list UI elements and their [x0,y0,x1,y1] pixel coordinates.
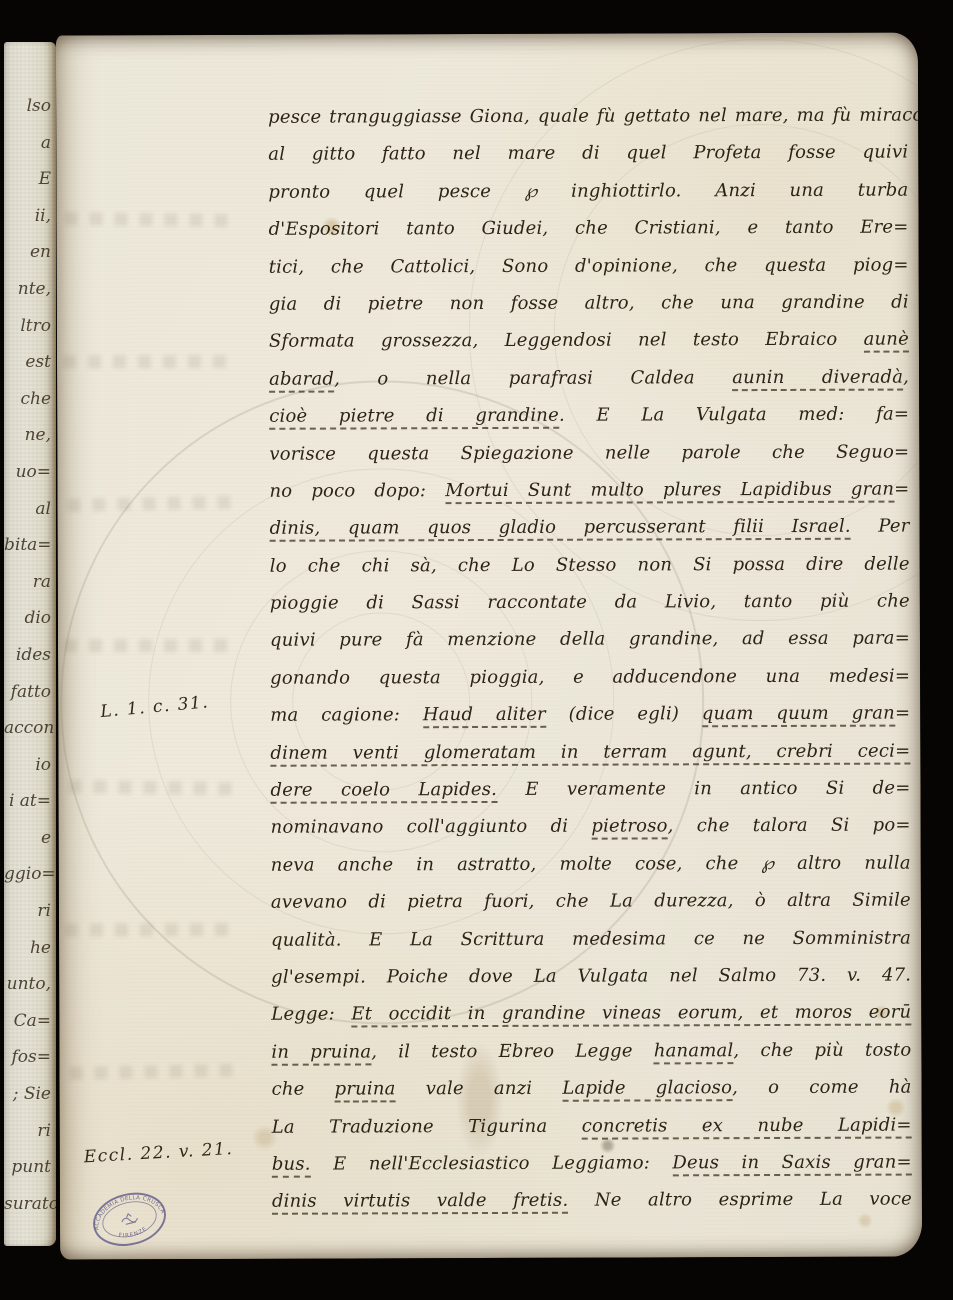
text-segment: = [894,478,909,499]
manuscript-line: nominavano coll'aggiunto di pietroso, ch… [271,807,911,847]
manuscript-line: avevano di pietra fuori, che La durezza,… [271,882,911,922]
edge-text-fragment: che [4,381,56,418]
text-segment: gonando questa pioggia, e adducendone un… [270,665,910,688]
text-segment: qualità. E La Scrittura medesima ce ne S… [271,927,911,950]
edge-text-fragment: al [4,491,56,528]
underlined-phrase: Deus in Saxis gran= [672,1151,911,1176]
manuscript-line: tici, che Cattolici, Sono d'opinione, ch… [269,246,909,286]
manuscript-line: pioggie di Sassi raccontate da Livio, ta… [270,583,910,623]
edge-text-fragment: fos= [4,1039,56,1076]
underlined-phrase: dinem venti glomeratam in terram agunt, … [270,740,910,766]
manuscript-line: neva anche in astratto, molte cose, che … [271,844,911,884]
underlined-phrase: aunè [864,329,909,353]
text-segment: vale anzi [396,1078,563,1100]
text-segment: tici, che Cattolici, Sono d'opinione, ch… [269,254,909,277]
text-segment: Ne altro esprime La voce [568,1189,912,1211]
underlined-phrase: Mortui Sunt multo plures Lapidibus gran [445,478,894,504]
manuscript-line: abarad, o nella parafrasi Caldea aunin d… [269,358,909,398]
text-segment: Legge: [271,1004,351,1025]
text-segment: La Traduzione Tigurina [272,1115,582,1137]
edge-text-fragment: ne, [4,417,56,454]
manuscript-line: Sformata grossezza, Leggendosi nel testo… [269,321,909,361]
library-stamp-graphic: ACCADEMIA DELLA CRUSCA FIRENZE [83,1178,176,1259]
text-segment: pioggie di Sassi raccontate da Livio, ta… [270,591,910,614]
edge-text-fragment: dio [4,600,56,637]
manuscript-line: ma cagione: Haud aliter (dice egli) quam… [270,695,910,735]
text-segment: E veramente in antico Si de= [497,778,911,800]
edge-text-fragment: Ca= [4,1003,56,1040]
text-segment: , che più tosto [733,1039,911,1061]
manuscript-line: gia di pietre non fosse altro, che una g… [269,283,909,323]
text-segment: , [903,366,909,387]
text-segment: Per [851,516,910,537]
edge-text-fragment: ides [4,637,56,674]
edge-text-fragment: io [4,747,56,784]
edge-text-fragment: ggio= [4,856,56,893]
manuscript-line: dinis virtutis valde fretis. Ne altro es… [272,1181,912,1221]
margin-note-citation: Eccl. 22. v. 21. [83,1139,233,1167]
manuscript-line: pronto quel pesce ℘ inghiottirlo. Anzi u… [268,171,908,211]
stamp-emblem [120,1212,138,1225]
bleedthrough-streak [68,780,243,795]
underlined-phrase: quam quum gran [702,703,895,728]
bleedthrough-streak [65,923,240,937]
edge-text-fragment: punt [4,1149,56,1186]
underlined-phrase: bus. [272,1154,311,1178]
edge-text-fragment: surato [4,1186,56,1223]
edge-text-fragment: he [4,930,56,967]
manuscript-line: che pruina vale anzi Lapide glacioso, o … [271,1069,911,1109]
text-segment: ma cagione: [270,704,423,726]
text-block: pesce tranguggiasse Giona, quale fù gett… [268,97,912,1221]
manuscript-line: al gitto fatto nel mare di quel Profeta … [268,134,908,174]
manuscript-line: in pruina, il testo Ebreo Legge hanamal,… [271,1031,911,1071]
edge-text-fragment: e [4,820,56,857]
text-segment: (dice egli) [546,704,702,726]
manuscript-line: quivi pure fà menzione della grandine, a… [270,620,910,660]
manuscript-page: pesce tranguggiasse Giona, quale fù gett… [56,32,922,1259]
underlined-phrase: Haud aliter [423,704,546,728]
library-stamp: ACCADEMIA DELLA CRUSCA FIRENZE [83,1178,177,1259]
edge-text-fragment: a [4,125,56,162]
text-segment: . E La Vulgata med: fa= [559,404,909,426]
text-segment: E nell'Ecclesiastico Leggiamo: [311,1152,673,1174]
edge-text-fragment: lso [4,88,56,125]
text-segment: neva anche in astratto, molte cose, che … [271,852,911,875]
manuscript-line: bus. E nell'Ecclesiastico Leggiamo: Deus… [272,1143,912,1183]
underlined-phrase: concretis ex nube Lapidi= [582,1114,912,1139]
text-segment: avevano di pietra fuori, che La durezza,… [271,890,911,913]
text-segment: lo che chi sà, che Lo Stesso non Si poss… [270,553,910,576]
text-segment: , che talora Si po= [668,815,911,837]
bleedthrough-streak [69,1063,244,1080]
underlined-phrase: in pruina [271,1041,371,1065]
edge-fragments: lsoaEii,ennte,ltroestchene,uo=albita=rad… [4,42,56,1222]
edge-text-fragment: ii, [4,198,56,235]
edge-text-fragment: ri [4,893,56,930]
text-segment: d'Espositori tanto Giudei, che Cristiani… [269,217,909,240]
edge-text-fragment: nte, [4,271,56,308]
text-segment: , o come hà [732,1077,911,1099]
manuscript-line: La Traduzione Tigurina concretis ex nube… [272,1106,912,1146]
text-segment: gl'esempi. Poiche dove La Vulgata nel Sa… [271,965,911,988]
manuscript-line: cioè pietre di grandine. E La Vulgata me… [269,396,909,436]
underlined-phrase: Lapide glacioso [562,1077,732,1102]
text-segment: Sformata grossezza, Leggendosi nel testo… [269,329,864,352]
underlined-phrase: cioè pietre di grandine [269,405,559,430]
manuscript-line: no poco dopo: Mortui Sunt multo plures L… [269,470,909,510]
manuscript-line: qualità. E La Scrittura medesima ce ne S… [271,919,911,959]
edge-text-fragment: i at= [4,783,56,820]
edge-text-fragment: ltro [4,308,56,345]
manuscript-line: lo che chi sà, che Lo Stesso non Si poss… [270,545,910,585]
manuscript-line: dinis, quam quos gladio percusserant fil… [270,508,910,548]
manuscript-line: Legge: Et occidit in grandine vineas eor… [271,994,911,1034]
edge-text-fragment: en [4,234,56,271]
bleedthrough-streak [64,639,239,653]
text-segment: no poco dopo: [269,480,445,502]
manuscript-line: dinem venti glomeratam in terram agunt, … [270,732,910,772]
text-segment: pronto quel pesce ℘ inghiottirlo. Anzi u… [268,179,908,202]
underlined-phrase: hanamal [654,1040,734,1064]
underlined-phrase: pruina [335,1078,396,1102]
edge-text-fragment: unto, [4,966,56,1003]
underlined-phrase: pietroso [591,816,667,840]
underlined-phrase: aunin diveradà [732,366,903,391]
edge-text-fragment: ; Sie [4,1076,56,1113]
underlined-phrase: Et occidit in grandine vineas eorum, et … [351,1002,911,1028]
manuscript-line: dere coelo Lapides. E veramente in antic… [270,770,910,810]
manuscript-line: pesce tranguggiasse Giona, quale fù gett… [268,97,908,137]
edge-text-fragment: fatto [4,674,56,711]
text-segment: che [272,1079,335,1100]
text-segment: quivi pure fà menzione della grandine, a… [270,628,910,651]
text-segment: al gitto fatto nel mare di quel Profeta … [268,142,908,165]
edge-text-fragment: E [4,161,56,198]
underlined-phrase: dere coelo Lapides. [270,779,497,804]
manuscript-line: vorisce questa Spiegazione nelle parole … [269,433,909,473]
edge-text-fragment: ri [4,1113,56,1150]
bleedthrough-streak [64,212,239,227]
underlined-phrase: dinis, quam quos gladio percusserant fil… [270,516,851,542]
text-segment: , il testo Ebreo Legge [371,1040,654,1062]
manuscript-line: gonando questa pioggia, e adducendone un… [270,657,910,697]
edge-text-fragment: accon= [4,710,56,747]
text-segment: vorisce questa Spiegazione nelle parole … [269,441,909,464]
edge-text-fragment: est [4,344,56,381]
text-segment: , o nella parafrasi Caldea [334,367,732,389]
text-segment: nominavano coll'aggiunto di [271,816,592,838]
text-segment: = [895,703,910,724]
manuscript-line: gl'esempi. Poiche dove La Vulgata nel Sa… [271,957,911,997]
edge-text-fragment: uo= [4,454,56,491]
previous-page-edge: lsoaEii,ennte,ltroestchene,uo=albita=rad… [4,42,56,1246]
text-segment: pesce tranguggiasse Giona, quale fù gett… [268,104,922,128]
text-segment: gia di pietre non fosse altro, che una g… [269,291,909,314]
manuscript-line: d'Espositori tanto Giudei, che Cristiani… [268,209,908,249]
edge-text-fragment: ra [4,564,56,601]
underlined-phrase: dinis virtutis valde fretis. [272,1190,569,1215]
underlined-phrase: abarad [269,368,334,392]
edge-text-fragment: bita= [4,527,56,564]
photograph-background: lsoaEii,ennte,ltroestchene,uo=albita=rad… [0,0,953,1300]
bleedthrough-streak [63,355,238,369]
